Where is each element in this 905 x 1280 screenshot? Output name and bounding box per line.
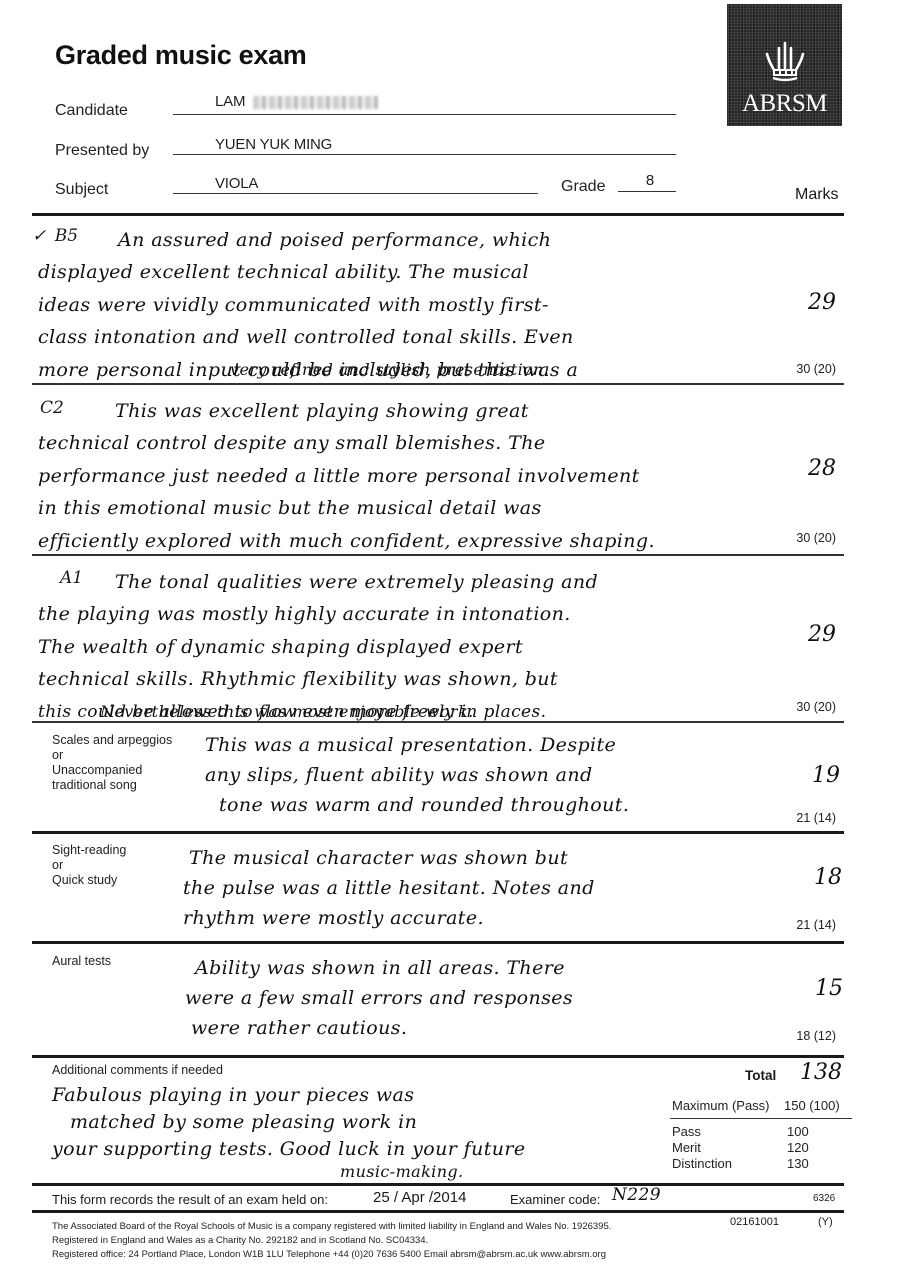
section-max: 18 (12): [756, 1029, 836, 1043]
abrsm-logo: ABRSM: [727, 4, 842, 126]
piece-code: A1: [60, 568, 83, 588]
total-value: 138: [800, 1060, 842, 1085]
grade-thresholds: Pass100 Merit120 Distinction130: [672, 1124, 832, 1172]
divider: [32, 383, 844, 385]
presented-by-label: Presented by: [55, 142, 149, 160]
examiner-code-label: Examiner code:: [510, 1192, 600, 1207]
maximum-row: Maximum (Pass)150 (100): [672, 1098, 848, 1114]
crown-icon: [764, 40, 806, 82]
serial-suffix: (Y): [818, 1216, 833, 1228]
marks-header: Marks: [795, 186, 839, 204]
piece-max: 30 (20): [756, 362, 836, 376]
divider: [32, 213, 844, 216]
candidate-value: LAM: [215, 93, 378, 110]
held-on-label: This form records the result of an exam …: [52, 1192, 328, 1207]
divider: [32, 721, 844, 723]
total-label: Total: [745, 1068, 776, 1083]
additional-comments-label: Additional comments if needed: [52, 1063, 223, 1078]
threshold-merit: Merit120: [672, 1140, 832, 1156]
maximum-label: Maximum (Pass): [672, 1098, 770, 1114]
additional-comments: Fabulous playing in your pieces was matc…: [52, 1082, 526, 1163]
maximum-value: 150 (100): [784, 1098, 848, 1114]
tick-mark: ✓: [32, 226, 46, 246]
section-max: 21 (14): [756, 811, 836, 825]
section-mark: 19: [812, 763, 840, 788]
divider: [32, 1183, 844, 1186]
divider: [32, 831, 844, 834]
page-title: Graded music exam: [55, 40, 307, 71]
piece-b5: ✓ B5: [32, 226, 78, 246]
redacted-name: [253, 96, 378, 109]
grade-value: 8: [640, 172, 660, 189]
threshold-pass: Pass100: [672, 1124, 832, 1140]
piece-comment: An assured and poised performance, which: [118, 224, 551, 257]
divider: [32, 941, 844, 944]
piece-comment: The tonal qualities were extremely pleas…: [115, 566, 598, 599]
exam-date: 25 / Apr /2014: [373, 1189, 466, 1206]
section-max: 21 (14): [756, 918, 836, 932]
piece-comment-cont: technical control despite any small blem…: [38, 427, 655, 557]
subject-line: [173, 193, 538, 194]
divider: [32, 1210, 844, 1213]
piece-mark: 29: [808, 622, 836, 647]
piece-code: B5: [55, 226, 78, 246]
divider: [32, 554, 844, 556]
piece-comment: This was excellent playing showing great: [115, 395, 529, 428]
examiner-code: N229: [612, 1184, 661, 1206]
candidate-surname: LAM: [215, 93, 245, 110]
section-label-aural: Aural tests: [52, 954, 111, 969]
summary-divider: [670, 1118, 852, 1119]
subject-value: VIOLA: [215, 175, 258, 192]
additional-comments-tail: music-making.: [340, 1162, 464, 1182]
grade-line: [618, 191, 676, 192]
piece-comment-tail: Nevertheless this was most enjoyable wor…: [100, 702, 474, 722]
serial-number: 02161001: [730, 1216, 779, 1228]
legal-footer: The Associated Board of the Royal School…: [52, 1220, 611, 1262]
piece-mark: 29: [808, 290, 836, 315]
presented-by-value: YUEN YUK MING: [215, 136, 332, 153]
section-comment: Ability was shown in all areas. There we…: [185, 953, 573, 1043]
section-label-sight-reading: Sight-reading or Quick study: [52, 843, 126, 888]
piece-code: C2: [40, 398, 64, 418]
threshold-distinction: Distinction130: [672, 1156, 832, 1172]
grade-label: Grade: [561, 178, 605, 196]
logo-text: ABRSM: [727, 90, 842, 118]
piece-max: 30 (20): [756, 531, 836, 545]
section-mark: 15: [815, 976, 843, 1001]
form-number: 6326: [813, 1193, 835, 1204]
piece-mark: 28: [808, 456, 836, 481]
section-label-scales: Scales and arpeggios or Unaccompanied tr…: [52, 733, 172, 793]
divider: [32, 1055, 844, 1058]
candidate-label: Candidate: [55, 102, 128, 120]
subject-label: Subject: [55, 181, 108, 199]
section-mark: 18: [814, 865, 842, 890]
piece-max: 30 (20): [756, 700, 836, 714]
piece-comment-tail: very refined and stylish presentation.: [230, 360, 549, 380]
section-comment: This was a musical presentation. Despite…: [205, 730, 629, 820]
section-comment: The musical character was shown but the …: [183, 843, 595, 933]
presented-by-line: [173, 154, 676, 155]
candidate-line: [173, 114, 676, 115]
